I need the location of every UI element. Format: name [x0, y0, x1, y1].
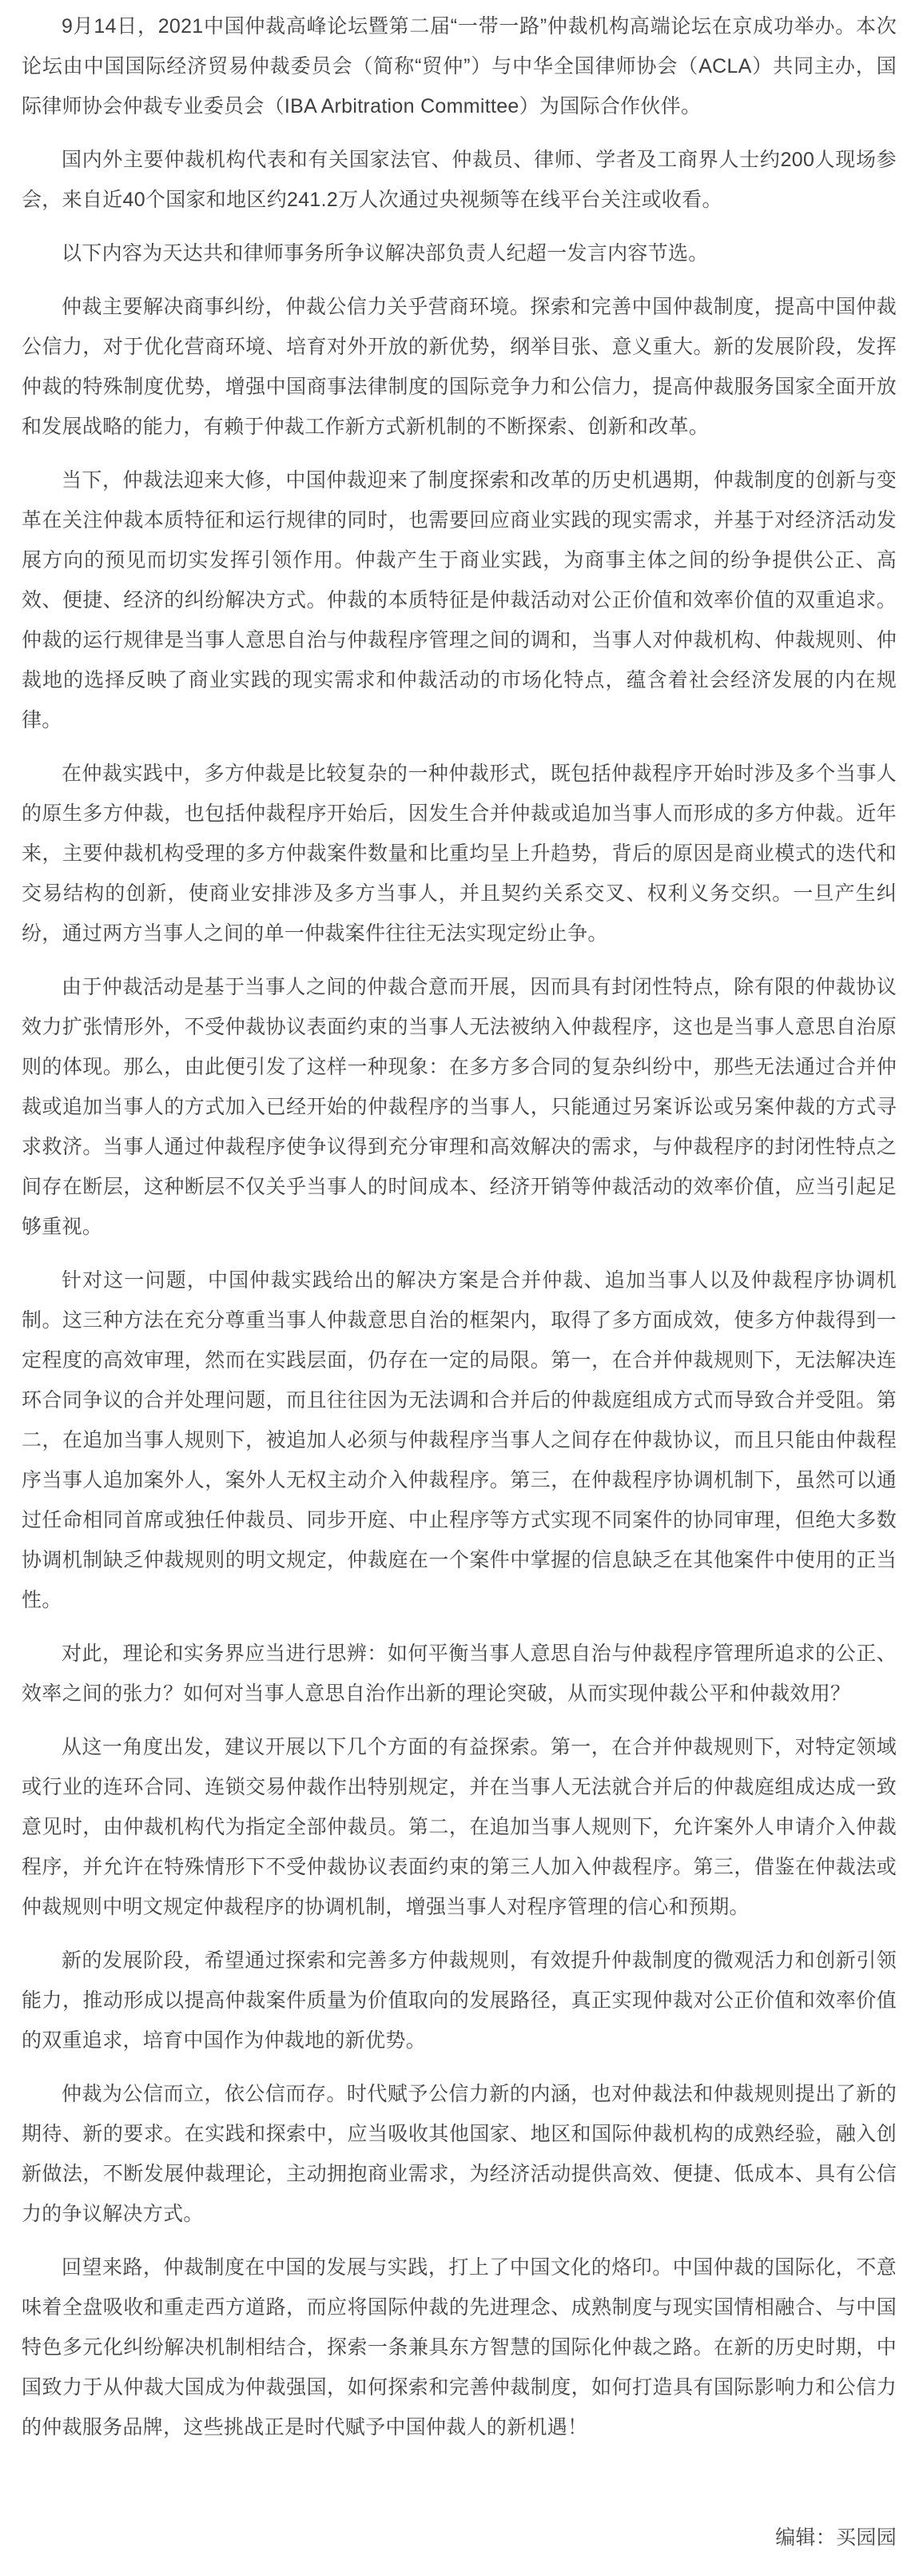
article-body: 9月14日，2021中国仲裁高峰论坛暨第二届“一带一路”仲裁机构高端论坛在京成功…: [0, 0, 919, 2558]
paragraph-multiparty-arbitration: 在仲裁实践中，多方仲裁是比较复杂的一种仲裁形式，既包括仲裁程序开始时涉及多个当事…: [22, 754, 897, 954]
paragraph-new-stage: 新的发展阶段，希望通过探索和完善多方仲裁规则，有效提升仲裁制度的微观活力和创新引…: [22, 1941, 897, 2060]
paragraph-solutions-limits: 针对这一问题，中国仲裁实践给出的解决方案是合并仲裁、追加当事人以及仲裁程序协调机…: [22, 1260, 897, 1620]
paragraph-theoretical-question: 对此，理论和实务界应当进行思辨：如何平衡当事人意思自治与仲裁程序管理所追求的公正…: [22, 1634, 897, 1714]
paragraph-speaker-note: 以下内容为天达共和律师事务所争议解决部负责人纪超一发言内容节选。: [22, 233, 897, 273]
paragraph-arbitration-credibility: 仲裁主要解决商事纠纷，仲裁公信力关乎营商环境。探索和完善中国仲裁制度，提高中国仲…: [22, 287, 897, 447]
editor-credit: 编辑：买园园: [22, 2518, 897, 2558]
paragraph-law-revision: 当下，仲裁法迎来大修，中国仲裁迎来了制度探索和改革的历史机遇期，仲裁制度的创新与…: [22, 460, 897, 740]
paragraph-public-trust: 仲裁为公信而立，依公信而存。时代赋予公信力新的内涵，也对仲裁法和仲裁规则提出了新…: [22, 2074, 897, 2234]
paragraph-attendance: 国内外主要仲裁机构代表和有关国家法官、仲裁员、律师、学者及工商界人士约200人现…: [22, 140, 897, 220]
paragraph-closed-nature: 由于仲裁活动是基于当事人之间的仲裁合意而开展，因而具有封闭性特点，除有限的仲裁协…: [22, 967, 897, 1247]
paragraph-suggestions: 从这一角度出发，建议开展以下几个方面的有益探索。第一，在合并仲裁规则下，对特定领…: [22, 1727, 897, 1927]
paragraph-intro-event: 9月14日，2021中国仲裁高峰论坛暨第二届“一带一路”仲裁机构高端论坛在京成功…: [22, 6, 897, 126]
paragraph-conclusion: 回望来路，仲裁制度在中国的发展与实践，打上了中国文化的烙印。中国仲裁的国际化，不…: [22, 2248, 897, 2447]
